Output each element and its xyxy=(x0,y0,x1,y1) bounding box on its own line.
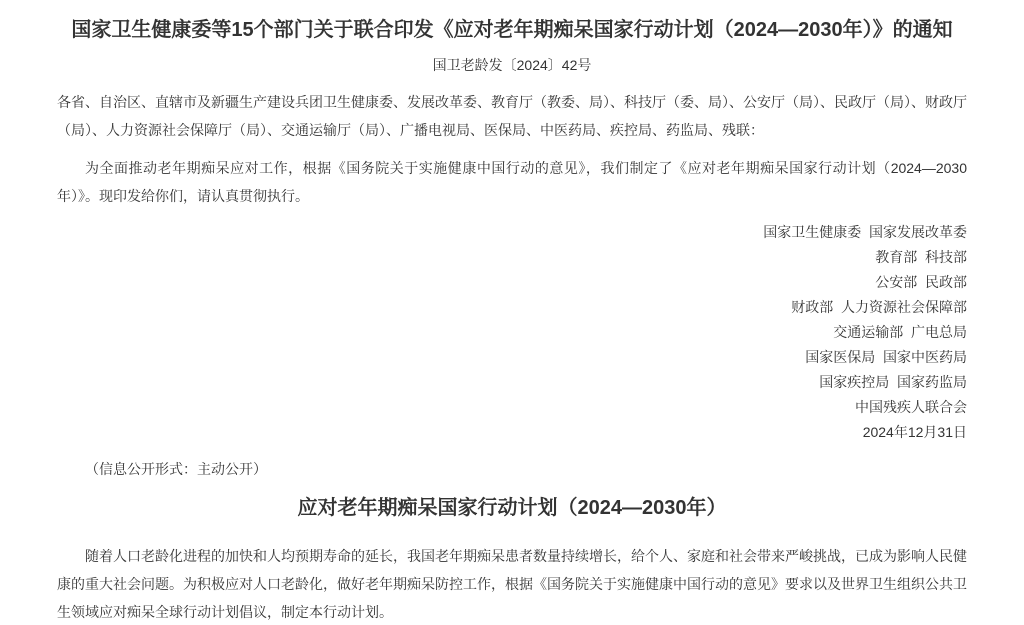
signature-line: 交通运输部 广电总局 xyxy=(57,320,967,345)
signature-line: 国家医保局 国家中医药局 xyxy=(57,345,967,370)
notice-title: 国家卫生健康委等15个部门关于联合印发《应对老年期痴呆国家行动计划（2024—2… xyxy=(57,18,967,42)
signature-line: 国家卫生健康委 国家发展改革委 xyxy=(57,220,967,245)
signature-block: 国家卫生健康委 国家发展改革委 教育部 科技部 公安部 民政部 财政部 人力资源… xyxy=(57,220,967,445)
signature-line: 教育部 科技部 xyxy=(57,245,967,270)
signature-date: 2024年12月31日 xyxy=(57,420,967,445)
document-page: 国家卫生健康委等15个部门关于联合印发《应对老年期痴呆国家行动计划（2024—2… xyxy=(0,0,1024,625)
signature-line: 国家疾控局 国家药监局 xyxy=(57,370,967,395)
disclosure-note: （信息公开形式：主动公开） xyxy=(57,455,967,483)
signature-line: 财政部 人力资源社会保障部 xyxy=(57,295,967,320)
signature-line: 中国残疾人联合会 xyxy=(57,395,967,420)
recipients-paragraph: 各省、自治区、直辖市及新疆生产建设兵团卫生健康委、发展改革委、教育厅（教委、局）… xyxy=(57,88,967,144)
document-number: 国卫老龄发〔2024〕42号 xyxy=(57,56,967,74)
signature-line: 公安部 民政部 xyxy=(57,270,967,295)
plan-title: 应对老年期痴呆国家行动计划（2024—2030年） xyxy=(57,496,967,520)
plan-intro-paragraph: 随着人口老龄化进程的加快和人均预期寿命的延长，我国老年期痴呆患者数量持续增长，给… xyxy=(57,542,967,625)
notice-body-paragraph: 为全面推动老年期痴呆应对工作，根据《国务院关于实施健康中国行动的意见》，我们制定… xyxy=(57,154,967,210)
